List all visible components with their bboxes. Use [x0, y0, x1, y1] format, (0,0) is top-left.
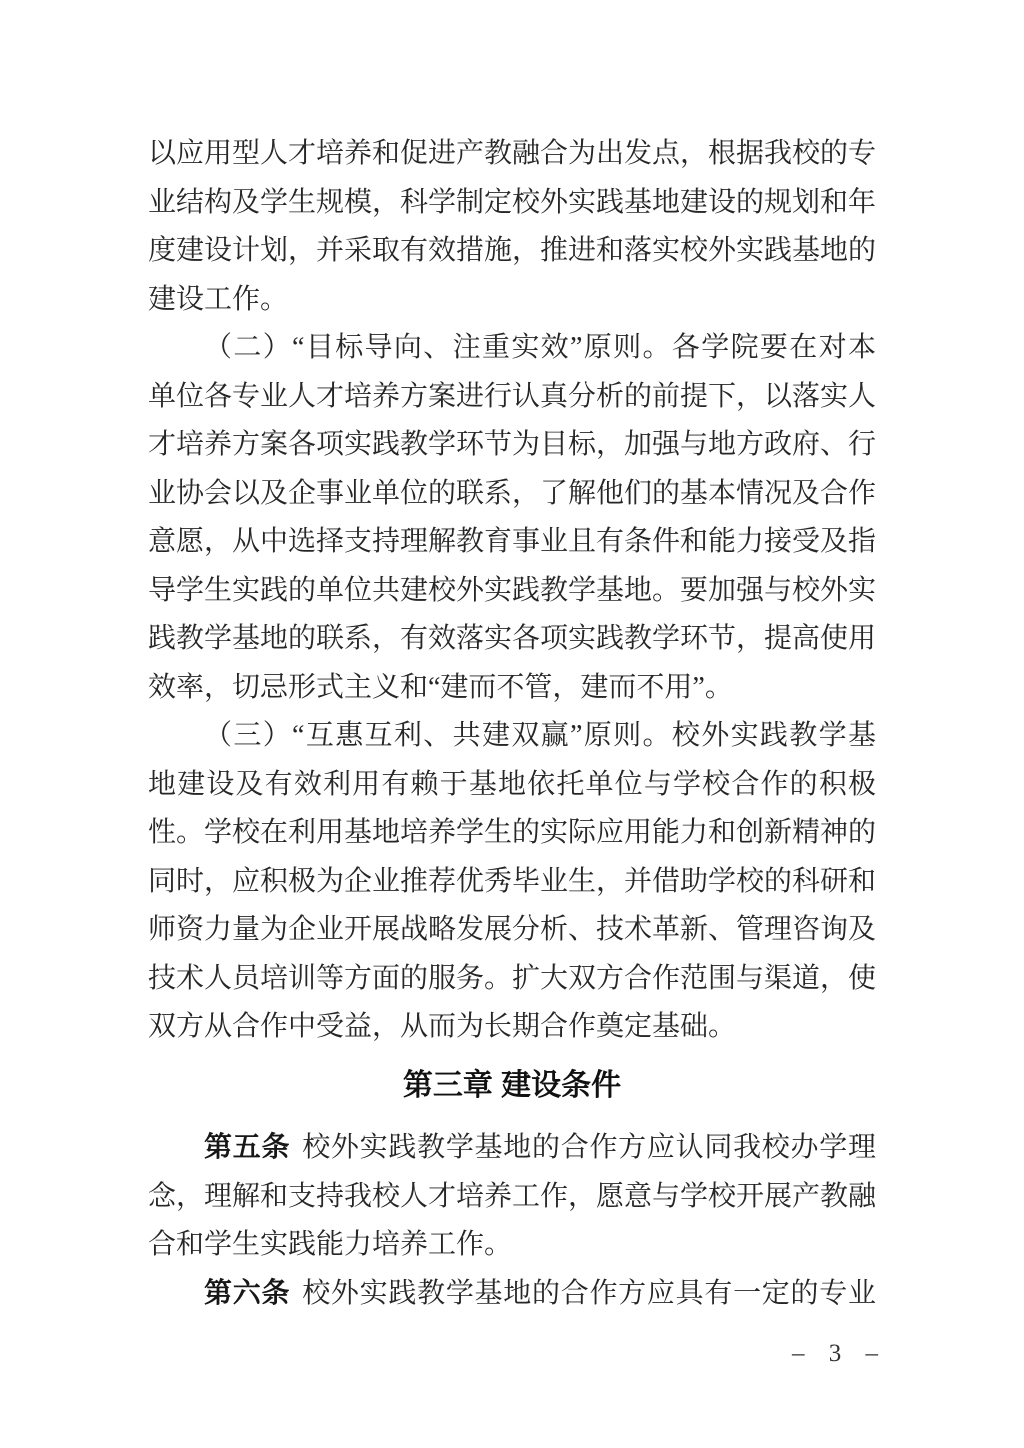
- text-line: 地建设及有效利用有赖于基地依托单位与学校合作的积极: [148, 761, 876, 810]
- document-page: 以应用型人才培养和促进产教融合为出发点，根据我校的专 业结构及学生规模，科学制定…: [0, 0, 1024, 1448]
- text-line: （三）“互惠互利、共建双赢”原则。校外实践教学基: [148, 712, 876, 761]
- text-line: 师资力量为企业开展战略发展分析、技术革新、管理咨询及: [148, 906, 876, 955]
- text-line: 性。学校在利用基地培养学生的实际应用能力和创新精神的: [148, 809, 876, 858]
- text-line: 业协会以及企事业单位的联系，了解他们的基本情况及合作: [148, 470, 876, 519]
- text-line: 建设工作。: [148, 276, 876, 325]
- text-line: 双方从合作中受益，从而为长期合作奠定基础。: [148, 1003, 876, 1052]
- text-line: 合和学生实践能力培养工作。: [148, 1221, 876, 1270]
- page-number: – 3 –: [792, 1340, 885, 1368]
- text-line: 单位各专业人才培养方案进行认真分析的前提下，以落实人: [148, 373, 876, 422]
- article-5-label: 第五条: [204, 1132, 290, 1163]
- text-line: 才培养方案各项实践教学环节为目标，加强与地方政府、行: [148, 421, 876, 470]
- text-line: 意愿，从中选择支持理解教育事业且有条件和能力接受及指: [148, 518, 876, 567]
- article-6-label: 第六条: [204, 1278, 290, 1309]
- article-5-text: 校外实践教学基地的合作方应认同我校办学理: [302, 1132, 876, 1163]
- text-line: 同时，应积极为企业推荐优秀毕业生，并借助学校的科研和: [148, 858, 876, 907]
- text-line: 第六条校外实践教学基地的合作方应具有一定的专业: [148, 1270, 876, 1319]
- chapter-heading: 第三章 建设条件: [148, 1062, 876, 1111]
- text-line: 效率，切忌形式主义和“建而不管，建而不用”。: [148, 664, 876, 713]
- document-body: 以应用型人才培养和促进产教融合为出发点，根据我校的专 业结构及学生规模，科学制定…: [148, 130, 876, 1318]
- text-line: 第五条校外实践教学基地的合作方应认同我校办学理: [148, 1124, 876, 1173]
- article-6-text: 校外实践教学基地的合作方应具有一定的专业: [302, 1278, 876, 1309]
- text-line: 导学生实践的单位共建校外实践教学基地。要加强与校外实: [148, 567, 876, 616]
- text-line: 技术人员培训等方面的服务。扩大双方合作范围与渠道，使: [148, 955, 876, 1004]
- text-line: （二）“目标导向、注重实效”原则。各学院要在对本: [148, 324, 876, 373]
- text-line: 践教学基地的联系，有效落实各项实践教学环节，提高使用: [148, 615, 876, 664]
- text-line: 度建设计划，并采取有效措施，推进和落实校外实践基地的: [148, 227, 876, 276]
- text-line: 业结构及学生规模，科学制定校外实践基地建设的规划和年: [148, 179, 876, 228]
- text-line: 念，理解和支持我校人才培养工作，愿意与学校开展产教融: [148, 1173, 876, 1222]
- text-line: 以应用型人才培养和促进产教融合为出发点，根据我校的专: [148, 130, 876, 179]
